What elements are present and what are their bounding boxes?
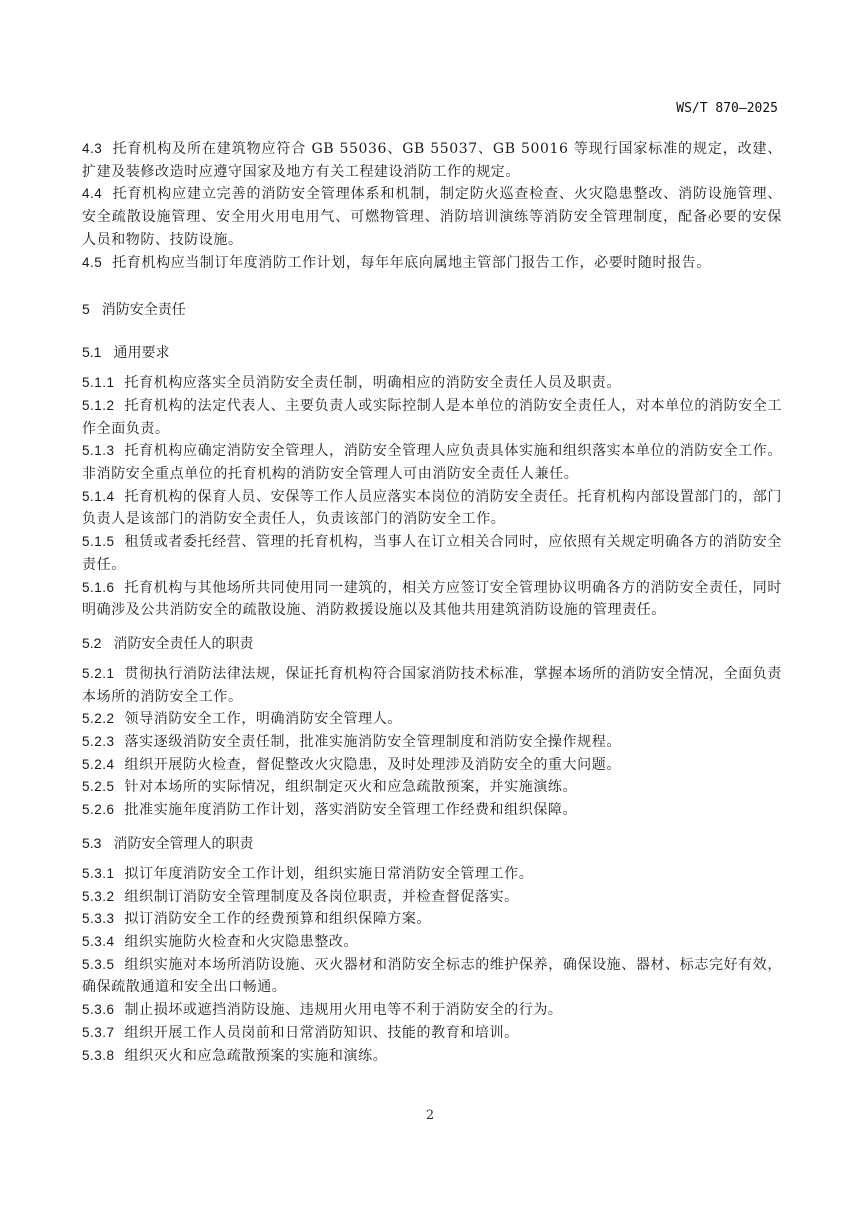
clause-5-2-4: 5.2.4组织开展防火检查，督促整改火灾隐患，及时处理涉及消防安全的重大问题。: [82, 754, 782, 777]
clause-5-1-6: 5.1.6托育机构与其他场所共同使用同一建筑的，相关方应签订安全管理协议明确各方…: [82, 577, 782, 622]
page-number: 2: [0, 1108, 860, 1123]
chapter-heading-5: 5消防安全责任: [82, 298, 782, 321]
clause-5-2-2: 5.2.2领导消防安全工作，明确消防安全管理人。: [82, 708, 782, 731]
clause-4-5: 4.5托育机构应当制订年度消防工作计划，每年年底向属地主管部门报告工作，必要时随…: [82, 252, 782, 275]
clause-5-3-2: 5.3.2组织制订消防安全管理制度及各岗位职责，并检查督促落实。: [82, 886, 782, 909]
section-heading-5-3: 5.3消防安全管理人的职责: [82, 832, 782, 855]
clause-5-3-5: 5.3.5组织实施对本场所消防设施、灭火器材和消防安全标志的维护保养，确保设施、…: [82, 954, 782, 999]
clause-5-2-6: 5.2.6批准实施年度消防工作计划，落实消防安全管理工作经费和组织保障。: [82, 799, 782, 822]
clause-5-2-1: 5.2.1贯彻执行消防法律法规，保证托育机构符合国家消防技术标准，掌握本场所的消…: [82, 663, 782, 708]
clause-4-4: 4.4托育机构应建立完善的消防安全管理体系和机制，制定防火巡查检查、火灾隐患整改…: [82, 183, 782, 251]
clause-5-2-5: 5.2.5针对本场所的实际情况，组织制定灭火和应急疏散预案，并实施演练。: [82, 776, 782, 799]
clause-5-1-1: 5.1.1托育机构应落实全员消防安全责任制，明确相应的消防安全责任人员及职责。: [82, 372, 782, 395]
section-heading-5-2: 5.2消防安全责任人的职责: [82, 632, 782, 655]
clause-5-3-7: 5.3.7组织开展工作人员岗前和日常消防知识、技能的教育和培训。: [82, 1022, 782, 1045]
clause-5-3-6: 5.3.6制止损坏或遮挡消防设施、违规用火用电等不利于消防安全的行为。: [82, 999, 782, 1022]
clause-5-3-4: 5.3.4组织实施防火检查和火灾隐患整改。: [82, 931, 782, 954]
clause-5-3-1: 5.3.1拟订年度消防安全工作计划，组织实施日常消防安全管理工作。: [82, 863, 782, 886]
clause-5-1-4: 5.1.4托育机构的保育人员、安保等工作人员应落实本岗位的消防安全责任。托育机构…: [82, 486, 782, 531]
standard-code: WS/T 870—2025: [676, 101, 778, 116]
clause-5-1-2: 5.1.2托育机构的法定代表人、主要负责人或实际控制人是本单位的消防安全责任人，…: [82, 395, 782, 440]
clause-4-3: 4.3托育机构及所在建筑物应符合 GB 55036、GB 55037、GB 50…: [82, 138, 782, 183]
clause-5-3-8: 5.3.8组织灭火和应急疏散预案的实施和演练。: [82, 1045, 782, 1068]
document-body: 4.3托育机构及所在建筑物应符合 GB 55036、GB 55037、GB 50…: [82, 138, 782, 1067]
document-page: WS/T 870—2025 4.3托育机构及所在建筑物应符合 GB 55036、…: [0, 0, 860, 1216]
clause-5-1-3: 5.1.3托育机构应确定消防安全管理人，消防安全管理人应负责具体实施和组织落实本…: [82, 440, 782, 485]
clause-5-3-3: 5.3.3拟订消防安全工作的经费预算和组织保障方案。: [82, 908, 782, 931]
clause-5-1-5: 5.1.5租赁或者委托经营、管理的托育机构，当事人在订立相关合同时，应依照有关规…: [82, 531, 782, 576]
clause-5-2-3: 5.2.3落实逐级消防安全责任制，批准实施消防安全管理制度和消防安全操作规程。: [82, 731, 782, 754]
section-heading-5-1: 5.1通用要求: [82, 341, 782, 364]
